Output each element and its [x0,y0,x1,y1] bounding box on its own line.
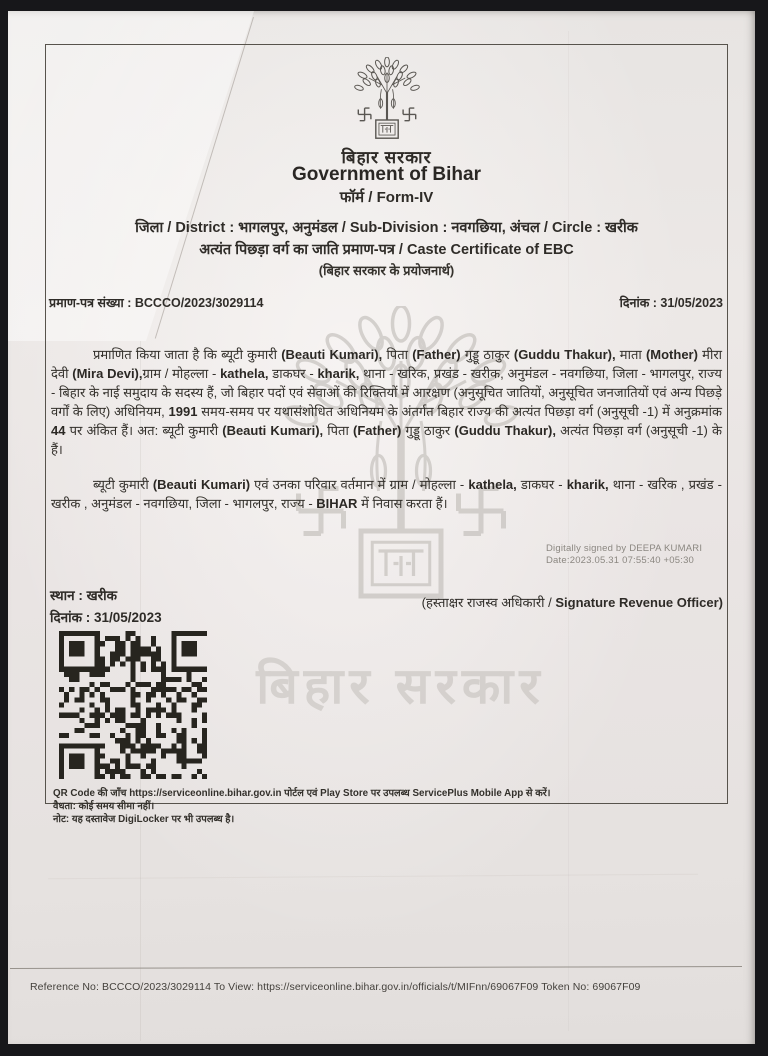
qr-note-1: QR Code की जाँच https://serviceonline.bi… [53,787,551,800]
qr-note-2: वैधता: कोई समय सीमा नहीं। [53,800,551,813]
certificate-paragraph-2: ब्यूटी कुमारी (Beauti Kumari) एवं उनका प… [51,475,722,513]
date-line: दिनांक : 31/05/2023 [50,607,162,629]
certificate-paragraph-1: प्रमाणित किया जाता है कि ब्यूटी कुमारी (… [51,345,722,459]
footer-divider [10,966,742,969]
digital-signature-line1: Digitally signed by DEEPA KUMARI [546,543,702,555]
digital-signature-line2: Date:2023.05.31 07:55:40 +05:30 [546,555,702,567]
paper-crease [48,874,698,880]
place-date-block: स्थान : खरीक दिनांक : 31/05/2023 [50,585,162,629]
signature-officer-line: (हस्ताक्षर राजस्व अधिकारी / Signature Re… [422,593,723,611]
qr-code [59,631,207,779]
footer-reference-line: Reference No: BCCCO/2023/3029114 To View… [30,981,640,993]
qr-notes: QR Code की जाँच https://serviceonline.bi… [53,787,551,826]
place-line: स्थान : खरीक [50,585,162,607]
certificate-title: अत्यंत पिछड़ा वर्ग का जाति प्रमाण-पत्र /… [46,239,727,259]
scanned-paper-sheet: बिहार सरकार बिहार सरकार Government of Bi… [8,11,755,1044]
certificate-number: प्रमाण-पत्र संख्या : BCCCO/2023/3029114 [49,294,263,311]
district-line: जिला / District : भागलपुर, अनुमंडल / Sub… [46,217,727,237]
form-number-line: फॉर्म / Form-IV [46,187,727,207]
qr-note-3: नोट: यह दस्तावेज DigiLocker पर भी उपलब्ध… [53,813,551,826]
purpose-line: (बिहार सरकार के प्रयोजनार्थ) [46,261,727,279]
digital-signature-block: Digitally signed by DEEPA KUMARI Date:20… [546,543,702,567]
title-english: Government of Bihar [46,164,727,186]
meta-row: प्रमाण-पत्र संख्या : BCCCO/2023/3029114 … [49,294,723,311]
scanned-certificate-page: { "header": { "emblem_icon": "bihar-gove… [0,0,768,1056]
issue-date: दिनांक : 31/05/2023 [620,294,723,311]
bihar-government-emblem-icon [345,57,429,148]
certificate-frame: बिहार सरकार Government of Bihar फॉर्म / … [45,44,728,804]
